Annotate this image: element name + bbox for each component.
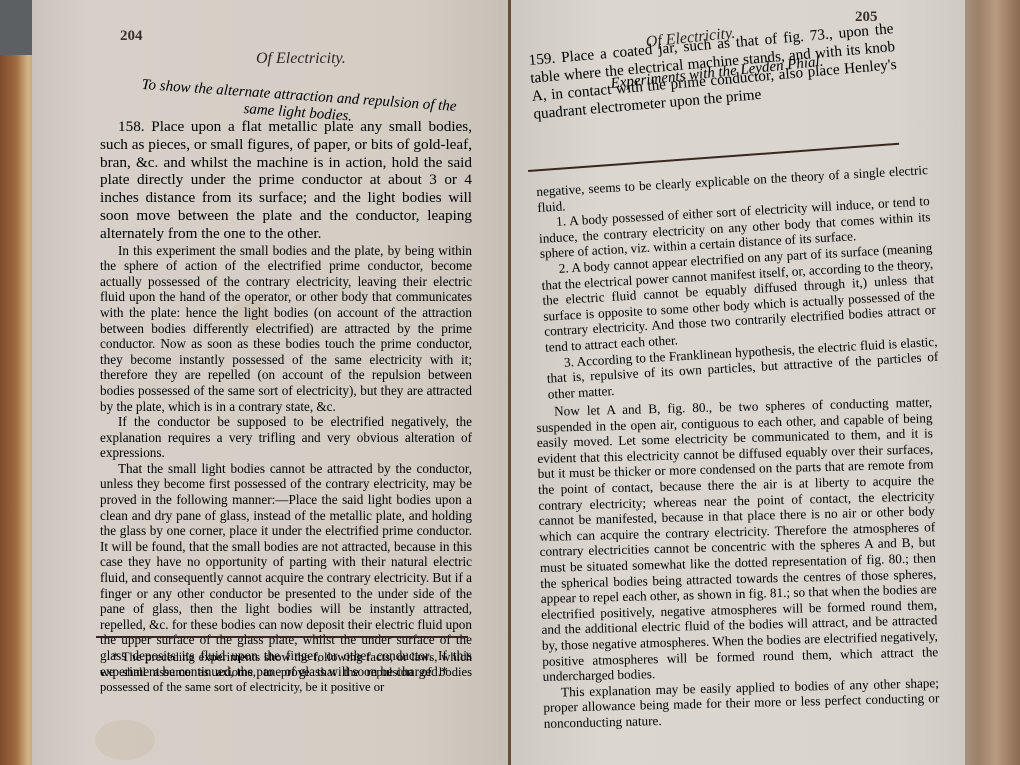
paragraph-158-block: 158. Place upon a flat metallic plate an… [100, 118, 472, 243]
paragraph-158: 158. Place upon a flat metallic plate an… [100, 118, 472, 243]
closing-paragraph: This explanation may be easily applied t… [543, 675, 940, 731]
book-gutter [508, 0, 511, 765]
footnote-rule-left [96, 636, 468, 638]
footnote-text: * The preceding experiments show the fol… [100, 650, 472, 695]
paragraph: If the conductor be supposed to be elect… [100, 414, 472, 461]
left-body-text: 158. Place upon a flat metallic plate an… [100, 118, 472, 679]
footnote-left: * The preceding experiments show the fol… [100, 650, 472, 695]
paragraph: In this experiment the small bodies and … [100, 243, 472, 415]
spheres-explanation: Now let A and B, fig. 80., be two sphere… [536, 394, 939, 684]
running-head-left: Of Electricity. [256, 50, 346, 68]
page-number-left: 204 [120, 28, 143, 45]
right-footnote-text-2: Now let A and B, fig. 80., be two sphere… [536, 394, 940, 731]
right-footnote-text: negative, seems to be clearly explicable… [536, 162, 940, 402]
book-edge-right [960, 0, 1020, 765]
paragraph: That the small light bodies cannot be at… [100, 461, 472, 679]
paper-stain [95, 720, 155, 760]
